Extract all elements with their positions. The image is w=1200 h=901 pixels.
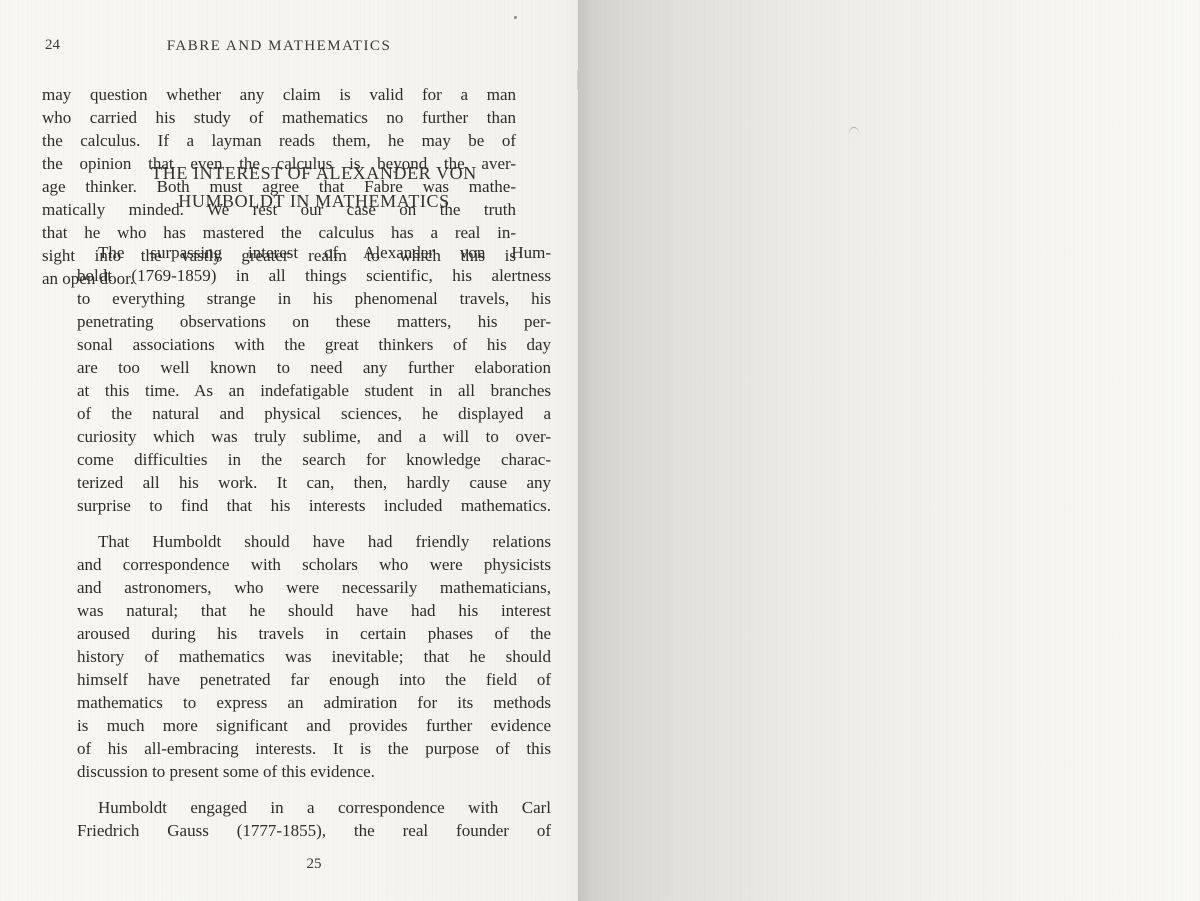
text-line: was natural; that he should have had his… [77,599,551,622]
text-line: are too well known to need any further e… [77,356,551,379]
scan-speck-dot [514,16,517,19]
paragraph: The surpassing interest of Alexander von… [77,241,551,517]
right-page-number: 25 [77,856,551,873]
paragraph: Humboldt engaged in a correspondence wit… [77,796,551,842]
text-line: is much more significant and provides fu… [77,714,551,737]
text-line: That Humboldt should have had friendly r… [77,530,551,553]
running-header: FABRE AND MATHEMATICS [42,38,516,55]
text-line: history of mathematics was inevitable; t… [77,645,551,668]
chapter-title-line-2: HUMBOLDT IN MATHEMATICS [77,187,551,215]
chapter-title-line-1: THE INTEREST OF ALEXANDER VON [77,159,551,187]
text-line: himself have penetrated far enough into … [77,668,551,691]
book-scan: { "colors": { "ink": "#2e2c28", "left_pa… [0,0,1200,901]
text-line: aroused during his travels in certain ph… [77,622,551,645]
text-line: who carried his study of mathematics no … [42,106,516,129]
text-line: curiosity which was truly sublime, and a… [77,425,551,448]
text-line: at this time. As an indefatigable studen… [77,379,551,402]
text-line: boldt (1769-1859) in all things scientif… [77,264,551,287]
text-line: Humboldt engaged in a correspondence wit… [77,796,551,819]
text-line: surprise to find that his interests incl… [77,494,551,517]
text-line: Friedrich Gauss (1777-1855), the real fo… [77,819,551,842]
text-line: the calculus. If a layman reads them, he… [42,129,516,152]
chapter-title: THE INTEREST OF ALEXANDER VON HUMBOLDT I… [77,159,551,215]
text-line: terized all his work. It can, then, hard… [77,471,551,494]
text-line: and astronomers, who were necessarily ma… [77,576,551,599]
text-line: The surpassing interest of Alexander von… [77,241,551,264]
paragraph: That Humboldt should have had friendly r… [77,530,551,783]
text-line: of the natural and physical sciences, he… [77,402,551,425]
text-line: discussion to present some of this evide… [77,760,551,783]
text-line: come difficulties in the search for know… [77,448,551,471]
text-line: penetrating observations on these matter… [77,310,551,333]
text-line: and correspondence with scholars who wer… [77,553,551,576]
right-page-text: The surpassing interest of Alexander von… [77,241,551,842]
text-line: sonal associations with the great thinke… [77,333,551,356]
text-line: mathematics to express an admiration for… [77,691,551,714]
right-page [578,0,1200,901]
text-line: may question whether any claim is valid … [42,83,516,106]
text-line: to everything strange in his phenomenal … [77,287,551,310]
text-line: of his all-embracing interests. It is th… [77,737,551,760]
